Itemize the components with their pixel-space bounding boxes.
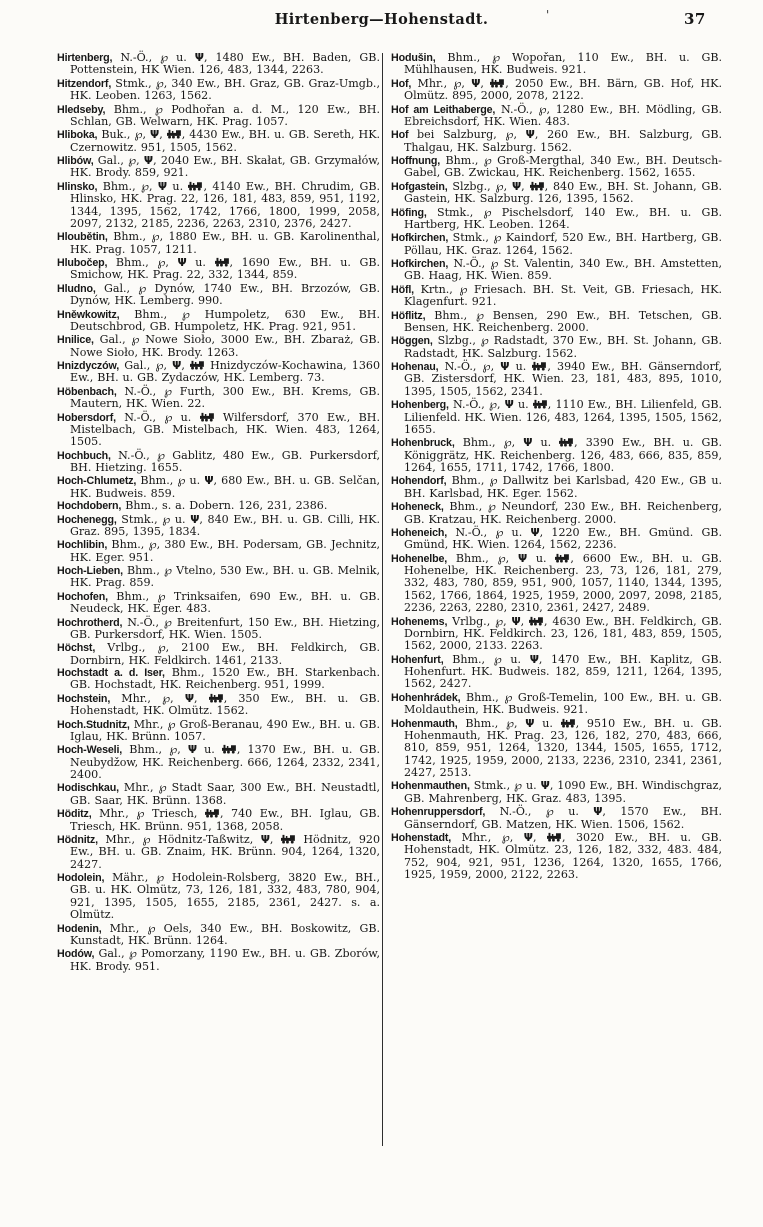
gazetteer-entry: Hohenems, Vrlbg., ℘, Ψ, , 4630 Ew., BH. …	[391, 615, 722, 653]
gazetteer-entry: Hněwkowitz, Bhm., ℘ Humpoletz, 630 Ew., …	[57, 308, 380, 334]
place-name: Hofkirchen,	[391, 232, 448, 244]
gazetteer-entry: Hoheneich, N.-Ö., ℘ u. Ψ, 1220 Ew., BH. …	[391, 526, 722, 552]
place-name: Hohenmauthen,	[391, 780, 470, 792]
place-name: Hirtenberg,	[57, 52, 112, 64]
place-name: Hofgastein,	[391, 181, 448, 193]
railway-icon	[532, 360, 547, 373]
gazetteer-entry: Hodischkau, Mhr., ℘ Stadt Saar, 300 Ew.,…	[57, 781, 380, 807]
posthorn-icon: ℘	[493, 230, 501, 244]
posthorn-icon: ℘	[164, 563, 172, 577]
place-name: Hof	[391, 129, 408, 141]
scan-artifact-mark: '	[546, 8, 549, 22]
posthorn-icon: ℘	[495, 614, 503, 628]
telegraph-icon: Ψ	[188, 743, 197, 756]
gazetteer-entry: Hochenegg, Stmk., ℘ u. Ψ, 840 Ew., BH. u…	[57, 513, 380, 539]
railway-icon	[490, 77, 505, 90]
place-name: Hitzendorf,	[57, 78, 111, 90]
place-name: Hohenruppersdorf,	[391, 806, 485, 818]
posthorn-icon: ℘	[506, 716, 514, 730]
place-name: Hochbuch,	[57, 450, 111, 462]
gazetteer-entry: Höfing, Stmk., ℘ Pischelsdorf, 140 Ew., …	[391, 206, 722, 232]
gazetteer-entry: Hnilice, Gal., ℘ Nowe Sioło, 3000 Ew., B…	[57, 333, 380, 359]
place-name: Hoheneich,	[391, 527, 447, 539]
posthorn-icon: ℘	[498, 551, 506, 565]
posthorn-icon: ℘	[129, 946, 137, 960]
place-name: Höfl,	[391, 284, 414, 296]
telegraph-icon: Ψ	[523, 436, 532, 449]
gazetteer-entry: Hobersdorf, N.-Ö., ℘ u. Wilfersdorf, 370…	[57, 411, 380, 449]
gazetteer-entry: Hlubočep, Bhm., ℘, Ψ u. , 1690 Ew., BH. …	[57, 256, 380, 282]
place-name: Höggen,	[391, 335, 433, 347]
gazetteer-entry: Hohenmauth, Bhm., ℘, Ψ u. , 9510 Ew., BH…	[391, 717, 722, 780]
gazetteer-column-left: Hirtenberg, N.-Ö., ℘ u. Ψ, 1480 Ew., BH.…	[57, 51, 380, 973]
place-name: Höfing,	[391, 207, 427, 219]
posthorn-icon: ℘	[164, 410, 172, 424]
posthorn-icon: ℘	[158, 640, 166, 654]
railway-icon	[209, 692, 224, 705]
gazetteer-entry: Höggen, Slzbg., ℘ Radstadt, 370 Ew., BH.…	[391, 334, 722, 360]
posthorn-icon: ℘	[157, 589, 165, 603]
telegraph-icon: Ψ	[511, 615, 520, 628]
telegraph-icon: Ψ	[541, 779, 550, 792]
telegraph-icon: Ψ	[158, 180, 167, 193]
place-name: Hlinsko,	[57, 181, 97, 193]
place-name: Hohenelbe,	[391, 553, 447, 565]
place-name: Hochstadt a. d. Iser,	[57, 667, 165, 679]
place-name: Hohenems,	[391, 616, 447, 628]
place-name: Hochstein,	[57, 693, 110, 705]
telegraph-icon: Ψ	[195, 51, 204, 64]
place-name: Hodów,	[57, 948, 94, 960]
gazetteer-entry: Hoheneck, Bhm., ℘ Neundorf, 230 Ew., BH.…	[391, 500, 722, 526]
posthorn-icon: ℘	[169, 742, 177, 756]
place-name: Hnizdyczów,	[57, 360, 119, 372]
posthorn-icon: ℘	[453, 76, 461, 90]
gazetteer-entry: Hof bei Salzburg, ℘, Ψ, 260 Ew., BH. Sal…	[391, 128, 722, 154]
place-name: Hochofen,	[57, 591, 108, 603]
gazetteer-entry: Hlibów, Gal., ℘, Ψ, 2040 Ew., BH. Skałat…	[57, 154, 380, 180]
telegraph-icon: Ψ	[505, 398, 514, 411]
posthorn-icon: ℘	[162, 691, 170, 705]
posthorn-icon: ℘	[492, 50, 500, 64]
place-name: Hoheneck,	[391, 501, 444, 513]
place-name: Hodenin,	[57, 923, 102, 935]
gazetteer-entry: Hof, Mhr., ℘, Ψ, , 2050 Ew., BH. Bärn, G…	[391, 77, 722, 103]
place-name: Hohendorf,	[391, 475, 447, 487]
gazetteer-entry: Hludno, Gal., ℘ Dynów, 1740 Ew., BH. Brz…	[57, 282, 380, 308]
place-name: Hlibów,	[57, 155, 94, 167]
gazetteer-entry: Hochlibin, Bhm., ℘, 380 Ew., BH. Podersa…	[57, 538, 380, 564]
place-name: Hochlibin,	[57, 539, 107, 551]
posthorn-icon: ℘	[157, 448, 165, 462]
gazetteer-entry: Hohenfurt, Bhm., ℘ u. Ψ, 1470 Ew., BH. K…	[391, 653, 722, 691]
gazetteer-entry: Hitzendorf, Stmk., ℘, 340 Ew., BH. Graz,…	[57, 77, 380, 103]
railway-icon	[533, 398, 548, 411]
telegraph-icon: Ψ	[530, 526, 539, 539]
gazetteer-entry: Höditz, Mhr., ℘ Triesch, , 740 Ew., BH. …	[57, 807, 380, 833]
posthorn-icon: ℘	[155, 358, 163, 372]
gazetteer-column-right: Hodušin, Bhm., ℘ Wopořan, 110 Ew., BH. u…	[391, 51, 722, 881]
gazetteer-entry: Hochofen, Bhm., ℘ Trinksaifen, 690 Ew., …	[57, 590, 380, 616]
place-name: Hledseby,	[57, 104, 105, 116]
place-name: Hoch-Lieben,	[57, 565, 123, 577]
telegraph-icon: Ψ	[177, 256, 186, 269]
railway-icon	[222, 743, 237, 756]
place-name: Hohenmauth,	[391, 718, 458, 730]
telegraph-icon: Ψ	[526, 128, 535, 141]
posthorn-icon: ℘	[484, 153, 492, 167]
place-name: Hnilice,	[57, 334, 94, 346]
posthorn-icon: ℘	[143, 832, 151, 846]
place-name: Hohenfurt,	[391, 654, 444, 666]
telegraph-icon: Ψ	[512, 180, 521, 193]
railway-icon	[561, 717, 576, 730]
gazetteer-entry: Höflitz, Bhm., ℘ Bensen, 290 Ew., BH. Te…	[391, 309, 722, 335]
gazetteer-entry: Hodów, Gal., ℘ Pomorzany, 1190 Ew., BH. …	[57, 947, 380, 973]
posthorn-icon: ℘	[128, 153, 136, 167]
place-name: Hohenberg,	[391, 399, 449, 411]
posthorn-icon: ℘	[156, 76, 164, 90]
posthorn-icon: ℘	[131, 332, 139, 346]
place-name: Hoch.Studnitz,	[57, 719, 130, 731]
posthorn-icon: ℘	[152, 229, 160, 243]
posthorn-icon: ℘	[164, 384, 172, 398]
gazetteer-entry: Hohenelbe, Bhm., ℘, Ψ u. , 6600 Ew., BH.…	[391, 552, 722, 615]
gazetteer-entry: Hoch-Weseli, Bhm., ℘, Ψ u. , 1370 Ew., B…	[57, 743, 380, 781]
railway-icon	[555, 552, 570, 565]
place-name: Hlubočep,	[57, 257, 107, 269]
telegraph-icon: Ψ	[530, 653, 539, 666]
place-name: Hohenau,	[391, 361, 439, 373]
gazetteer-entry: Höchst, Vrlbg., ℘, 2100 Ew., BH. Feldkir…	[57, 641, 380, 667]
gazetteer-entry: Hohenhrádek, Bhm., ℘ Groß-Temelin, 100 E…	[391, 691, 722, 717]
gazetteer-entry: Hnizdyczów, Gal., ℘, Ψ, Hnizdyczów-Kocha…	[57, 359, 380, 385]
gazetteer-entry: Hodenin, Mhr., ℘ Oels, 340 Ew., BH. Bosk…	[57, 922, 380, 948]
telegraph-icon: Ψ	[518, 552, 527, 565]
place-name: Hohenbruck,	[391, 437, 455, 449]
posthorn-icon: ℘	[162, 512, 170, 526]
place-name: Hodolein,	[57, 872, 104, 884]
place-name: Hoch-Chlumetz,	[57, 475, 136, 487]
place-name: Hochdobern,	[57, 500, 121, 512]
gazetteer-entry: Hlinsko, Bhm., ℘, Ψ u. , 4140 Ew., BH. C…	[57, 180, 380, 231]
telegraph-icon: Ψ	[471, 77, 480, 90]
posthorn-icon: ℘	[504, 435, 512, 449]
place-name: Höditz,	[57, 808, 92, 820]
railway-icon	[215, 256, 230, 269]
posthorn-icon: ℘	[160, 50, 168, 64]
posthorn-icon: ℘	[484, 205, 492, 219]
page-number: 37	[684, 10, 706, 28]
posthorn-icon: ℘	[489, 473, 497, 487]
posthorn-icon: ℘	[489, 397, 497, 411]
gazetteer-entry: Hohenau, N.-Ö., ℘, Ψ u. , 3940 Ew., BH. …	[391, 360, 722, 398]
telegraph-icon: Ψ	[185, 692, 194, 705]
column-divider-rule	[382, 53, 383, 1146]
place-name: Hobersdorf,	[57, 412, 116, 424]
posthorn-icon: ℘	[495, 525, 503, 539]
posthorn-icon: ℘	[147, 921, 155, 935]
gazetteer-entry: Hliboka, Buk., ℘, Ψ, , 4430 Ew., BH. u. …	[57, 128, 380, 154]
posthorn-icon: ℘	[476, 308, 484, 322]
gazetteer-entry: Hohenmauthen, Stmk., ℘ u. Ψ, 1090 Ew., B…	[391, 779, 722, 805]
gazetteer-entry: Höfl, Krtn., ℘ Friesach. BH. St. Veit, G…	[391, 283, 722, 309]
gazetteer-entry: Hochstein, Mhr., ℘, Ψ, , 350 Ew., BH. u.…	[57, 692, 380, 718]
gazetteer-entry: Hof am Leithaberge, N.-Ö., ℘, 1280 Ew., …	[391, 103, 722, 129]
place-name: Höbenbach,	[57, 386, 117, 398]
posthorn-icon: ℘	[481, 333, 489, 347]
posthorn-icon: ℘	[496, 179, 504, 193]
gazetteer-entry: Hochstadt a. d. Iser, Bhm., 1520 Ew., BH…	[57, 667, 380, 692]
posthorn-icon: ℘	[159, 780, 167, 794]
gazetteer-entry: Hohenruppersdorf, N.-Ö., ℘ u. Ψ, 1570 Ew…	[391, 805, 722, 831]
posthorn-icon: ℘	[134, 127, 142, 141]
gazetteer-entry: Hohenbruck, Bhm., ℘, Ψ u. , 3390 Ew., BH…	[391, 436, 722, 474]
gazetteer-entry: Hoch.Studnitz, Mhr., ℘ Groß-Beranau, 490…	[57, 718, 380, 744]
posthorn-icon: ℘	[502, 830, 510, 844]
gazetteer-entry: Hohenberg, N.-Ö., ℘, Ψ u. , 1110 Ew., BH…	[391, 398, 722, 436]
place-name: Hohenhrádek,	[391, 692, 460, 704]
place-name: Hludno,	[57, 283, 96, 295]
posthorn-icon: ℘	[156, 870, 164, 884]
posthorn-icon: ℘	[141, 179, 149, 193]
posthorn-icon: ℘	[505, 127, 513, 141]
telegraph-icon: Ψ	[204, 474, 213, 487]
gazetteer-entry: Hödnitz, Mhr., ℘ Hödnitz-Taßwitz, Ψ, Höd…	[57, 833, 380, 871]
gazetteer-entry: Hohenstadt, Mhr., ℘, Ψ, , 3020 Ew., BH. …	[391, 831, 722, 882]
posthorn-icon: ℘	[483, 359, 491, 373]
posthorn-icon: ℘	[164, 615, 172, 629]
place-name: Hoch-Weseli,	[57, 744, 122, 756]
place-name: Höchst,	[57, 642, 95, 654]
telegraph-icon: Ψ	[524, 831, 533, 844]
gazetteer-entry: Höbenbach, N.-Ö., ℘ Furth, 300 Ew., BH. …	[57, 385, 380, 411]
gazetteer-entry: Hofgastein, Slzbg., ℘, Ψ, , 840 Ew., BH.…	[391, 180, 722, 206]
place-name: Hochenegg,	[57, 514, 117, 526]
place-name: Hödnitz,	[57, 834, 98, 846]
railway-icon	[188, 180, 203, 193]
place-name: Hodušin,	[391, 52, 436, 64]
page-header-title: Hirtenberg—Hohenstadt.	[0, 11, 763, 28]
gazetteer-entry: Hodolein, Mähr., ℘ Hodolein-Rolsberg, 38…	[57, 871, 380, 922]
telegraph-icon: Ψ	[172, 359, 181, 372]
gazetteer-entry: Hoch-Chlumetz, Bhm., ℘ u. Ψ, 680 Ew., BH…	[57, 474, 380, 500]
gazetteer-entry: Hochrotherd, N.-Ö., ℘ Breitenfurt, 150 E…	[57, 616, 380, 642]
gazetteer-entry: Hohendorf, Bhm., ℘ Dallwitz bei Karlsbad…	[391, 474, 722, 500]
place-name: Hodischkau,	[57, 782, 119, 794]
railway-icon	[559, 436, 574, 449]
posthorn-icon: ℘	[494, 652, 502, 666]
posthorn-icon: ℘	[490, 256, 498, 270]
place-name: Hliboka,	[57, 129, 97, 141]
posthorn-icon: ℘	[136, 806, 144, 820]
railway-icon	[281, 833, 296, 846]
gazetteer-entry: Hledseby, Bhm., ℘ Podhořan a. d. M., 120…	[57, 103, 380, 129]
posthorn-icon: ℘	[514, 778, 522, 792]
posthorn-icon: ℘	[504, 690, 512, 704]
gazetteer-entry: Hofkirchen, N.-Ö., ℘ St. Valentin, 340 E…	[391, 257, 722, 283]
posthorn-icon: ℘	[167, 717, 175, 731]
place-name: Hněwkowitz,	[57, 309, 119, 321]
telegraph-icon: Ψ	[144, 154, 153, 167]
gazetteer-entry: Hochbuch, N.-Ö., ℘ Gablitz, 480 Ew., GB.…	[57, 449, 380, 475]
posthorn-icon: ℘	[155, 102, 163, 116]
gazetteer-entry: Hochdobern, Bhm., s. a. Dobern. 126, 231…	[57, 500, 380, 512]
railway-icon	[167, 128, 182, 141]
railway-icon	[190, 359, 205, 372]
railway-icon	[547, 831, 562, 844]
gazetteer-entry: Hodušin, Bhm., ℘ Wopořan, 110 Ew., BH. u…	[391, 51, 722, 77]
railway-icon	[530, 180, 545, 193]
place-name: Hof,	[391, 78, 411, 90]
telegraph-icon: Ψ	[150, 128, 159, 141]
telegraph-icon: Ψ	[261, 833, 270, 846]
place-name: Hof am Leithaberge,	[391, 104, 495, 116]
telegraph-icon: Ψ	[190, 513, 199, 526]
posthorn-icon: ℘	[488, 499, 496, 513]
place-name: Hoffnung,	[391, 155, 440, 167]
place-name: Hofkirchen,	[391, 258, 448, 270]
gazetteer-entry: Hoffnung, Bhm., ℘ Groß-Mergthal, 340 Ew.…	[391, 154, 722, 180]
posthorn-icon: ℘	[138, 281, 146, 295]
gazetteer-entry: Hoch-Lieben, Bhm., ℘ Vtelno, 530 Ew., BH…	[57, 564, 380, 590]
telegraph-icon: Ψ	[593, 805, 602, 818]
telegraph-icon: Ψ	[525, 717, 534, 730]
gazetteer-entry: Hofkirchen, Stmk., ℘ Kaindorf, 520 Ew., …	[391, 231, 722, 257]
gazetteer-entry: Hirtenberg, N.-Ö., ℘ u. Ψ, 1480 Ew., BH.…	[57, 51, 380, 77]
posthorn-icon: ℘	[177, 473, 185, 487]
posthorn-icon: ℘	[149, 537, 157, 551]
place-name: Hloubětin,	[57, 231, 108, 243]
place-name: Hochrotherd,	[57, 617, 122, 629]
telegraph-icon: Ψ	[500, 360, 509, 373]
posthorn-icon: ℘	[157, 255, 165, 269]
posthorn-icon: ℘	[182, 307, 190, 321]
railway-icon	[200, 411, 215, 424]
place-name: Hohenstadt,	[391, 832, 451, 844]
posthorn-icon: ℘	[459, 282, 467, 296]
gazetteer-entry: Hloubětin, Bhm., ℘, 1880 Ew., BH. u. GB.…	[57, 230, 380, 256]
posthorn-icon: ℘	[538, 102, 546, 116]
posthorn-icon: ℘	[546, 804, 554, 818]
place-name: Höflitz,	[391, 310, 425, 322]
railway-icon	[529, 615, 544, 628]
railway-icon	[205, 807, 220, 820]
